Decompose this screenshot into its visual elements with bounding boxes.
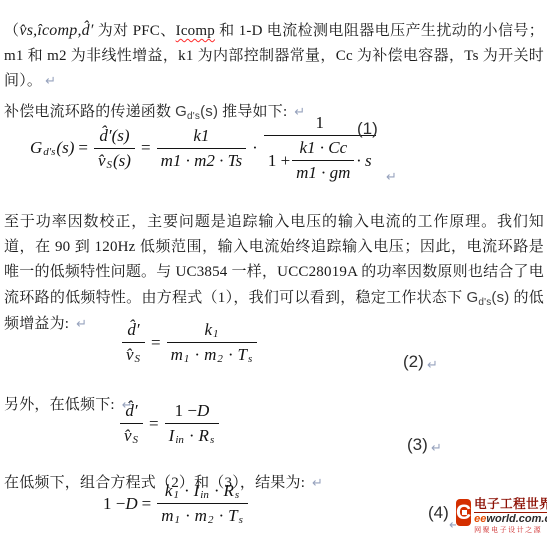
math-token: T bbox=[238, 345, 247, 365]
fraction: d̂′(s)v̂S(s) bbox=[94, 126, 135, 171]
math-token: v̂ bbox=[124, 426, 132, 446]
paragraph-mark-icon: ↵ bbox=[427, 358, 438, 373]
text-run: 为对 PFC、 bbox=[94, 23, 176, 39]
math-token: · bbox=[218, 506, 224, 526]
document-page: （v̂s,îcomp,d̂′ 为对 PFC、Icomp 和 1-D 电流检测电阻… bbox=[0, 0, 547, 535]
math-token: 1 bbox=[213, 328, 219, 340]
numerator: k1 · Cc bbox=[292, 138, 354, 161]
math-token: m1 · m2 · Ts bbox=[161, 151, 243, 171]
misspelled-word: Icomp bbox=[176, 23, 215, 39]
math-token: k1 bbox=[193, 126, 209, 146]
math-token: in bbox=[175, 434, 184, 446]
numerator: d̂′ bbox=[120, 401, 143, 424]
math-token: · bbox=[252, 138, 258, 158]
math-token: T bbox=[228, 506, 237, 526]
math-token: R bbox=[224, 481, 234, 501]
math-run: v̂s,îcomp,d̂′ bbox=[19, 22, 93, 39]
math-token: R bbox=[199, 426, 209, 446]
math-token: · bbox=[228, 345, 234, 365]
math-token: m1 · gm bbox=[296, 163, 350, 183]
equation-1: Gd's(s)=d̂′(s)v̂S(s)=k1m1 · m2 · Ts·11 +… bbox=[30, 113, 378, 183]
fraction: k1 · Ccm1 · gm bbox=[292, 138, 354, 183]
logo-domain: eeworld.com.cn bbox=[474, 513, 547, 526]
math-token: = bbox=[151, 333, 161, 353]
math-token: d̂′(s) bbox=[99, 126, 129, 146]
denominator: m1 · gm bbox=[292, 161, 354, 183]
math-token: S bbox=[133, 434, 139, 446]
math-token: m bbox=[171, 345, 183, 365]
math-token: s bbox=[210, 434, 214, 446]
numerator: k1·Iin·Rs bbox=[157, 481, 248, 504]
math-token: v̂ bbox=[98, 151, 106, 171]
denominator: m1·m2·Ts bbox=[167, 343, 258, 365]
math-token: s bbox=[248, 353, 252, 365]
equation-4-number: (4) bbox=[428, 503, 449, 523]
numerator: d̂′ bbox=[122, 320, 145, 343]
math-token: · bbox=[214, 481, 220, 501]
math-token: k bbox=[165, 481, 173, 501]
text-run: （ bbox=[4, 23, 19, 39]
denominator: m1 · m2 · Ts bbox=[157, 149, 247, 171]
inline-function-text: (s) bbox=[491, 289, 509, 306]
math-token: m bbox=[204, 345, 216, 365]
denominator: v̂S(s) bbox=[94, 149, 135, 171]
math-token: s bbox=[235, 489, 239, 501]
eeworld-watermark-logo: C 电子工程世界 eeworld.com.cn 网聚电子设计之源 bbox=[456, 497, 547, 535]
paragraph-power-factor-correction: 至于功率因数校正，主要问题是追踪输入电压的输入电流的工作原理。我们知道，在 90… bbox=[4, 210, 544, 337]
math-token: k bbox=[204, 320, 212, 340]
math-token: S bbox=[135, 353, 141, 365]
math-token: · bbox=[185, 506, 191, 526]
math-token: 1 + bbox=[268, 151, 290, 171]
math-token: m bbox=[195, 506, 207, 526]
paragraph-mark-icon: ↵ bbox=[431, 441, 442, 456]
math-token: S bbox=[107, 159, 113, 171]
math-token: = bbox=[149, 414, 159, 434]
math-token: (s) bbox=[113, 151, 131, 171]
equation-2: d̂′v̂S=k1m1·m2·Ts bbox=[120, 320, 259, 365]
math-token: 1 bbox=[173, 489, 179, 501]
inline-function-subscript: d's bbox=[478, 297, 491, 308]
text-run: 另外，在低频下: bbox=[4, 397, 119, 413]
math-token: d̂′ bbox=[125, 401, 137, 421]
math-token: 2 bbox=[208, 514, 214, 526]
numerator: 1 − D bbox=[165, 401, 220, 424]
eeworld-logo-icon: C bbox=[456, 499, 471, 526]
fraction: k1·Iin·Rsm1·m2·Ts bbox=[157, 481, 248, 526]
denominator: v̂S bbox=[122, 343, 145, 365]
math-token: k1 · Cc bbox=[299, 138, 347, 158]
math-token: = bbox=[78, 138, 88, 158]
math-token: d's bbox=[43, 146, 55, 158]
paragraph-mark-icon: ↵ bbox=[42, 74, 56, 89]
numerator: k1 bbox=[157, 126, 247, 149]
numerator: d̂′(s) bbox=[94, 126, 135, 149]
math-token: G bbox=[30, 138, 42, 158]
denominator: m1·m2·Ts bbox=[157, 504, 248, 526]
math-token: D bbox=[197, 401, 209, 421]
math-token: = bbox=[141, 138, 151, 158]
math-token: 1 − bbox=[103, 494, 125, 514]
math-token: I bbox=[194, 481, 200, 501]
math-token: D bbox=[125, 494, 137, 514]
math-token: (s) bbox=[56, 138, 74, 158]
paragraph-signal-definitions: （v̂s,îcomp,d̂′ 为对 PFC、Icomp 和 1-D 电流检测电阻… bbox=[4, 18, 544, 94]
math-token: = bbox=[142, 494, 152, 514]
fraction: d̂′v̂S bbox=[120, 401, 143, 446]
logo-text-block: 电子工程世界 eeworld.com.cn 网聚电子设计之源 bbox=[474, 497, 547, 535]
logo-domain-rest: world.com.cn bbox=[486, 513, 547, 525]
math-token: 2 bbox=[217, 353, 223, 365]
fraction: k1m1·m2·Ts bbox=[167, 320, 258, 365]
fraction: d̂′v̂S bbox=[122, 320, 145, 365]
paragraph-mark-icon: ↵ bbox=[386, 170, 397, 185]
paragraph-combine-equations: 在低频下，组合方程式（2）和（3），结果为: ↵ bbox=[4, 471, 544, 496]
numerator: k1 bbox=[167, 320, 258, 343]
denominator: 1 +k1 · Ccm1 · gm · s bbox=[264, 136, 376, 183]
equation-2-number: (2) bbox=[403, 352, 424, 372]
denominator: Iin·Rs bbox=[165, 424, 220, 446]
paragraph-additionally-low-freq: 另外，在低频下: ↵ bbox=[4, 393, 544, 418]
math-token: I bbox=[169, 426, 175, 446]
equation-3: d̂′v̂S=1 − DIin·Rs bbox=[118, 401, 221, 446]
math-token: · bbox=[194, 345, 200, 365]
fraction: 1 − DIin·Rs bbox=[165, 401, 220, 446]
math-token: in bbox=[200, 489, 209, 501]
math-token: s bbox=[239, 514, 243, 526]
equation-3-number: (3) bbox=[407, 435, 428, 455]
math-token: · s bbox=[356, 151, 371, 171]
math-token: v̂ bbox=[126, 345, 134, 365]
math-token: · bbox=[189, 426, 195, 446]
inline-function-text: G bbox=[466, 289, 478, 306]
math-token: 1 bbox=[315, 113, 324, 133]
logo-icon-notch bbox=[462, 510, 467, 515]
paragraph-mark-icon: ↵ bbox=[309, 476, 323, 491]
denominator: v̂S bbox=[120, 424, 143, 446]
logo-title: 电子工程世界 bbox=[474, 497, 547, 513]
equation-1-number: (1) bbox=[357, 119, 378, 139]
fraction: k1m1 · m2 · Ts bbox=[157, 126, 247, 171]
logo-domain-ee: ee bbox=[474, 513, 486, 525]
logo-tagline: 网聚电子设计之源 bbox=[474, 526, 547, 535]
math-token: · bbox=[184, 481, 190, 501]
equation-4: 1 − D=k1·Iin·Rsm1·m2·Ts bbox=[103, 481, 250, 526]
math-token: 1 − bbox=[175, 401, 197, 421]
text-run: 至于功率因数校正，主要问题是追踪输入电压的输入电流的工作原理。我们知道，在 90… bbox=[4, 214, 544, 306]
math-token: 1 bbox=[175, 514, 181, 526]
paragraph-mark-icon: ↵ bbox=[73, 317, 87, 332]
math-token: d̂′ bbox=[127, 320, 139, 340]
math-token: 1 bbox=[184, 353, 190, 365]
math-token: m bbox=[161, 506, 173, 526]
